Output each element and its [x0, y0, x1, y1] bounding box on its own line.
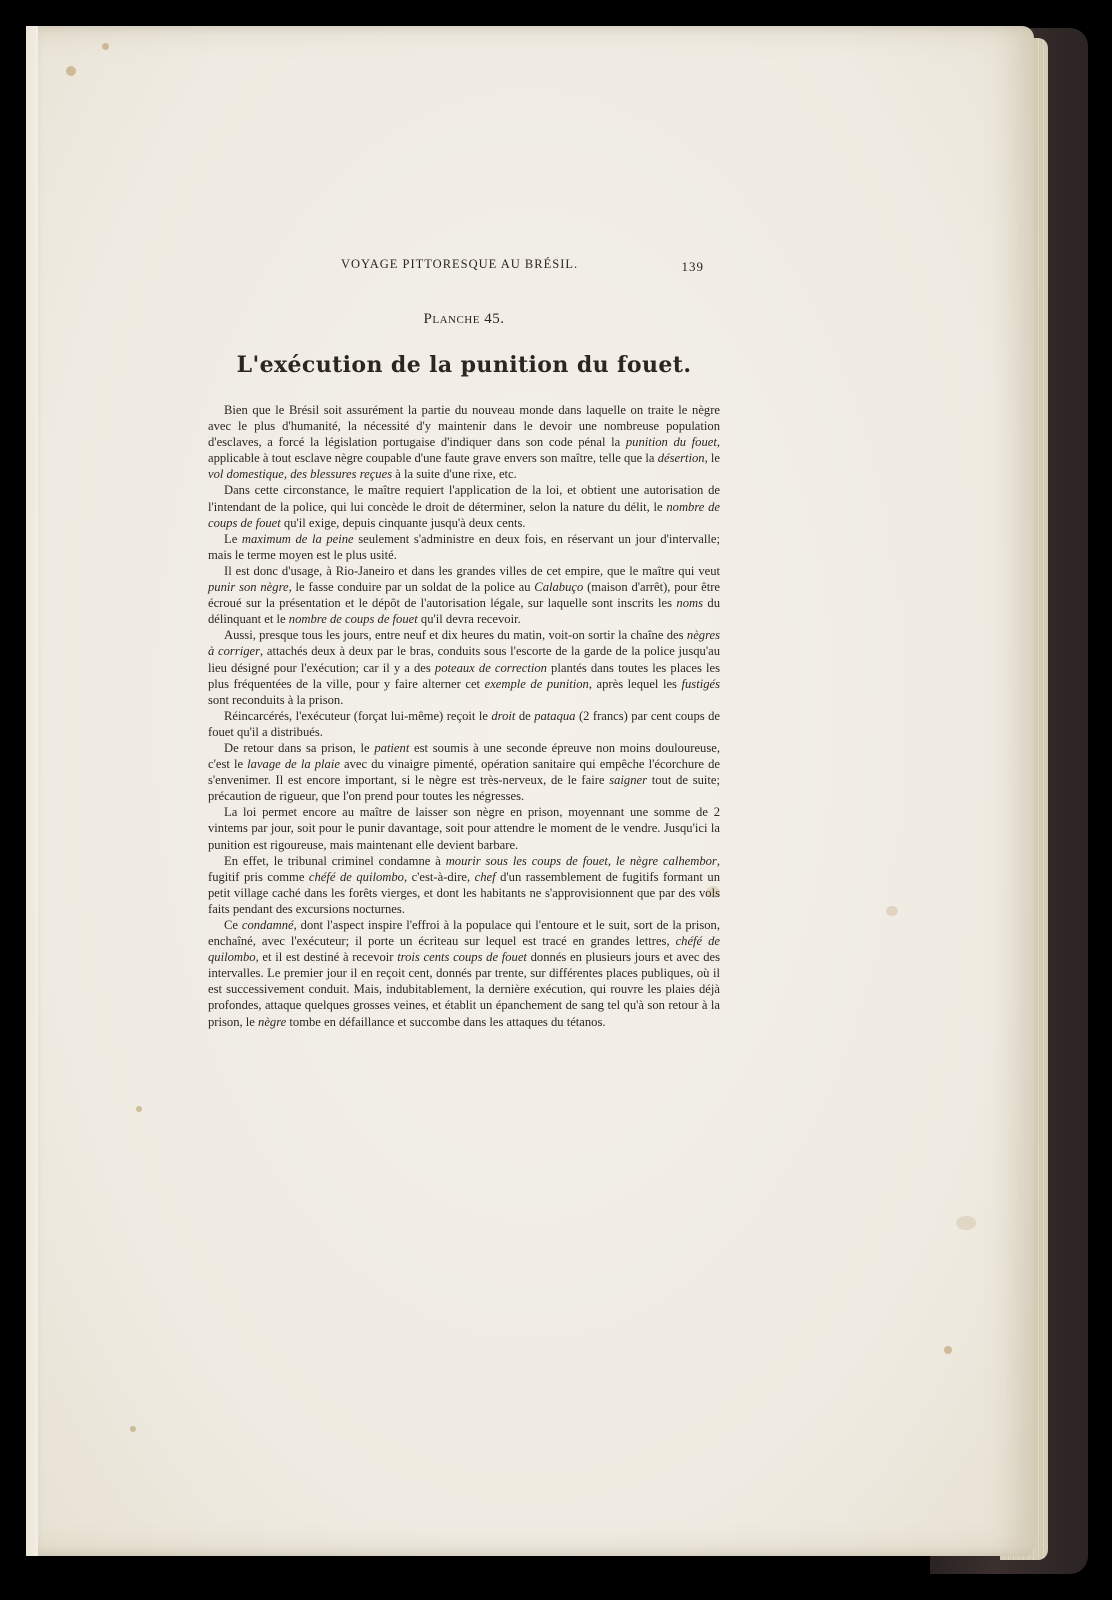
- foxing-stain: [956, 1216, 976, 1230]
- text-run: qu'il devra recevoir.: [418, 612, 521, 626]
- foxing-stain: [944, 1346, 952, 1354]
- paragraph: La loi permet encore au maître de laisse…: [208, 804, 720, 852]
- foxing-stain: [136, 1106, 142, 1112]
- plate-heading: Planche 45.: [208, 311, 720, 328]
- paragraph: Il est donc d'usage, à Rio-Janeiro et da…: [208, 563, 720, 627]
- italic-run: saigner: [609, 773, 647, 787]
- paragraph: Aussi, presque tous les jours, entre neu…: [208, 627, 720, 707]
- italic-run: chéfé de quilombo: [309, 870, 404, 884]
- italic-run: punition du fouet: [626, 435, 717, 449]
- text-run: Ce: [224, 918, 242, 932]
- foxing-stain: [886, 906, 898, 916]
- paragraph: De retour dans sa prison, le patient est…: [208, 740, 720, 804]
- page-number: 139: [682, 259, 705, 275]
- text-run: Il est donc d'usage, à Rio-Janeiro et da…: [224, 564, 720, 578]
- text-run: Réincarcérés, l'exécuteur (forçat lui-mê…: [224, 709, 491, 723]
- italic-run: pataqua: [534, 709, 575, 723]
- italic-run: vol domestique: [208, 467, 284, 481]
- italic-run: Calabuço: [534, 580, 583, 594]
- italic-run: mourir sous les coups de fouet, le nègre…: [446, 854, 717, 868]
- italic-run: chef: [475, 870, 496, 884]
- text-run: En effet, le tribunal criminel condamne …: [224, 854, 446, 868]
- text-run: de: [515, 709, 534, 723]
- italic-run: des blessures reçues: [290, 467, 392, 481]
- text-run: , et il est destiné à recevoir: [256, 950, 398, 964]
- paragraph: Dans cette circonstance, le maître requi…: [208, 482, 720, 530]
- italic-run: fustigés: [682, 677, 720, 691]
- foxing-stain: [130, 1426, 136, 1432]
- text-run: Le: [224, 532, 242, 546]
- italic-run: noms: [676, 596, 703, 610]
- italic-run: nombre de coups de fouet: [289, 612, 418, 626]
- italic-run: poteaux de correction: [435, 661, 547, 675]
- text-run: à la suite d'une rixe, etc.: [392, 467, 517, 481]
- text-run: , c'est-à-dire,: [404, 870, 475, 884]
- text-run: , après lequel les: [589, 677, 682, 691]
- text-run: De retour dans sa prison, le: [224, 741, 374, 755]
- page-gutter: [26, 26, 38, 1556]
- text-run: tombe en défaillance et succombe dans le…: [286, 1015, 605, 1029]
- italic-run: désertion: [658, 451, 705, 465]
- italic-run: patient: [374, 741, 409, 755]
- text-run: Dans cette circonstance, le maître requi…: [208, 483, 720, 513]
- paragraph: Réincarcérés, l'exécuteur (forçat lui-mê…: [208, 708, 720, 740]
- text-block: VOYAGE PITTORESQUE AU BRÉSIL. 139 Planch…: [208, 255, 720, 1030]
- running-head: VOYAGE PITTORESQUE AU BRÉSIL. 139: [208, 255, 720, 277]
- italic-run: trois cents coups de fouet: [397, 950, 527, 964]
- running-title: VOYAGE PITTORESQUE AU BRÉSIL.: [341, 257, 578, 272]
- text-run: qu'il exige, depuis cinquante jusqu'à de…: [281, 516, 526, 530]
- italic-run: punir son nègre: [208, 580, 289, 594]
- chapter-title: L'exécution de la punition du fouet.: [208, 352, 720, 378]
- italic-run: droit: [491, 709, 515, 723]
- italic-run: lavage de la plaie: [247, 757, 340, 771]
- italic-run: maximum de la peine: [242, 532, 354, 546]
- text-run: La loi permet encore au maître de laisse…: [208, 805, 720, 851]
- body-text: Bien que le Brésil soit assurément la pa…: [208, 402, 720, 1030]
- text-run: , le fasse conduire par un soldat de la …: [289, 580, 535, 594]
- paragraph: Bien que le Brésil soit assurément la pa…: [208, 402, 720, 482]
- italic-run: condamné: [242, 918, 294, 932]
- text-run: sont reconduits à la prison.: [208, 693, 343, 707]
- paragraph: Ce condamné, dont l'aspect inspire l'eff…: [208, 917, 720, 1030]
- italic-run: nègre: [258, 1015, 286, 1029]
- text-run: Aussi, presque tous les jours, entre neu…: [224, 628, 687, 642]
- italic-run: exemple de punition: [485, 677, 589, 691]
- foxing-stain: [66, 66, 76, 76]
- paragraph: Le maximum de la peine seulement s'admin…: [208, 531, 720, 563]
- foxing-stain: [102, 43, 109, 50]
- paragraph: En effet, le tribunal criminel condamne …: [208, 853, 720, 917]
- text-run: , le: [705, 451, 720, 465]
